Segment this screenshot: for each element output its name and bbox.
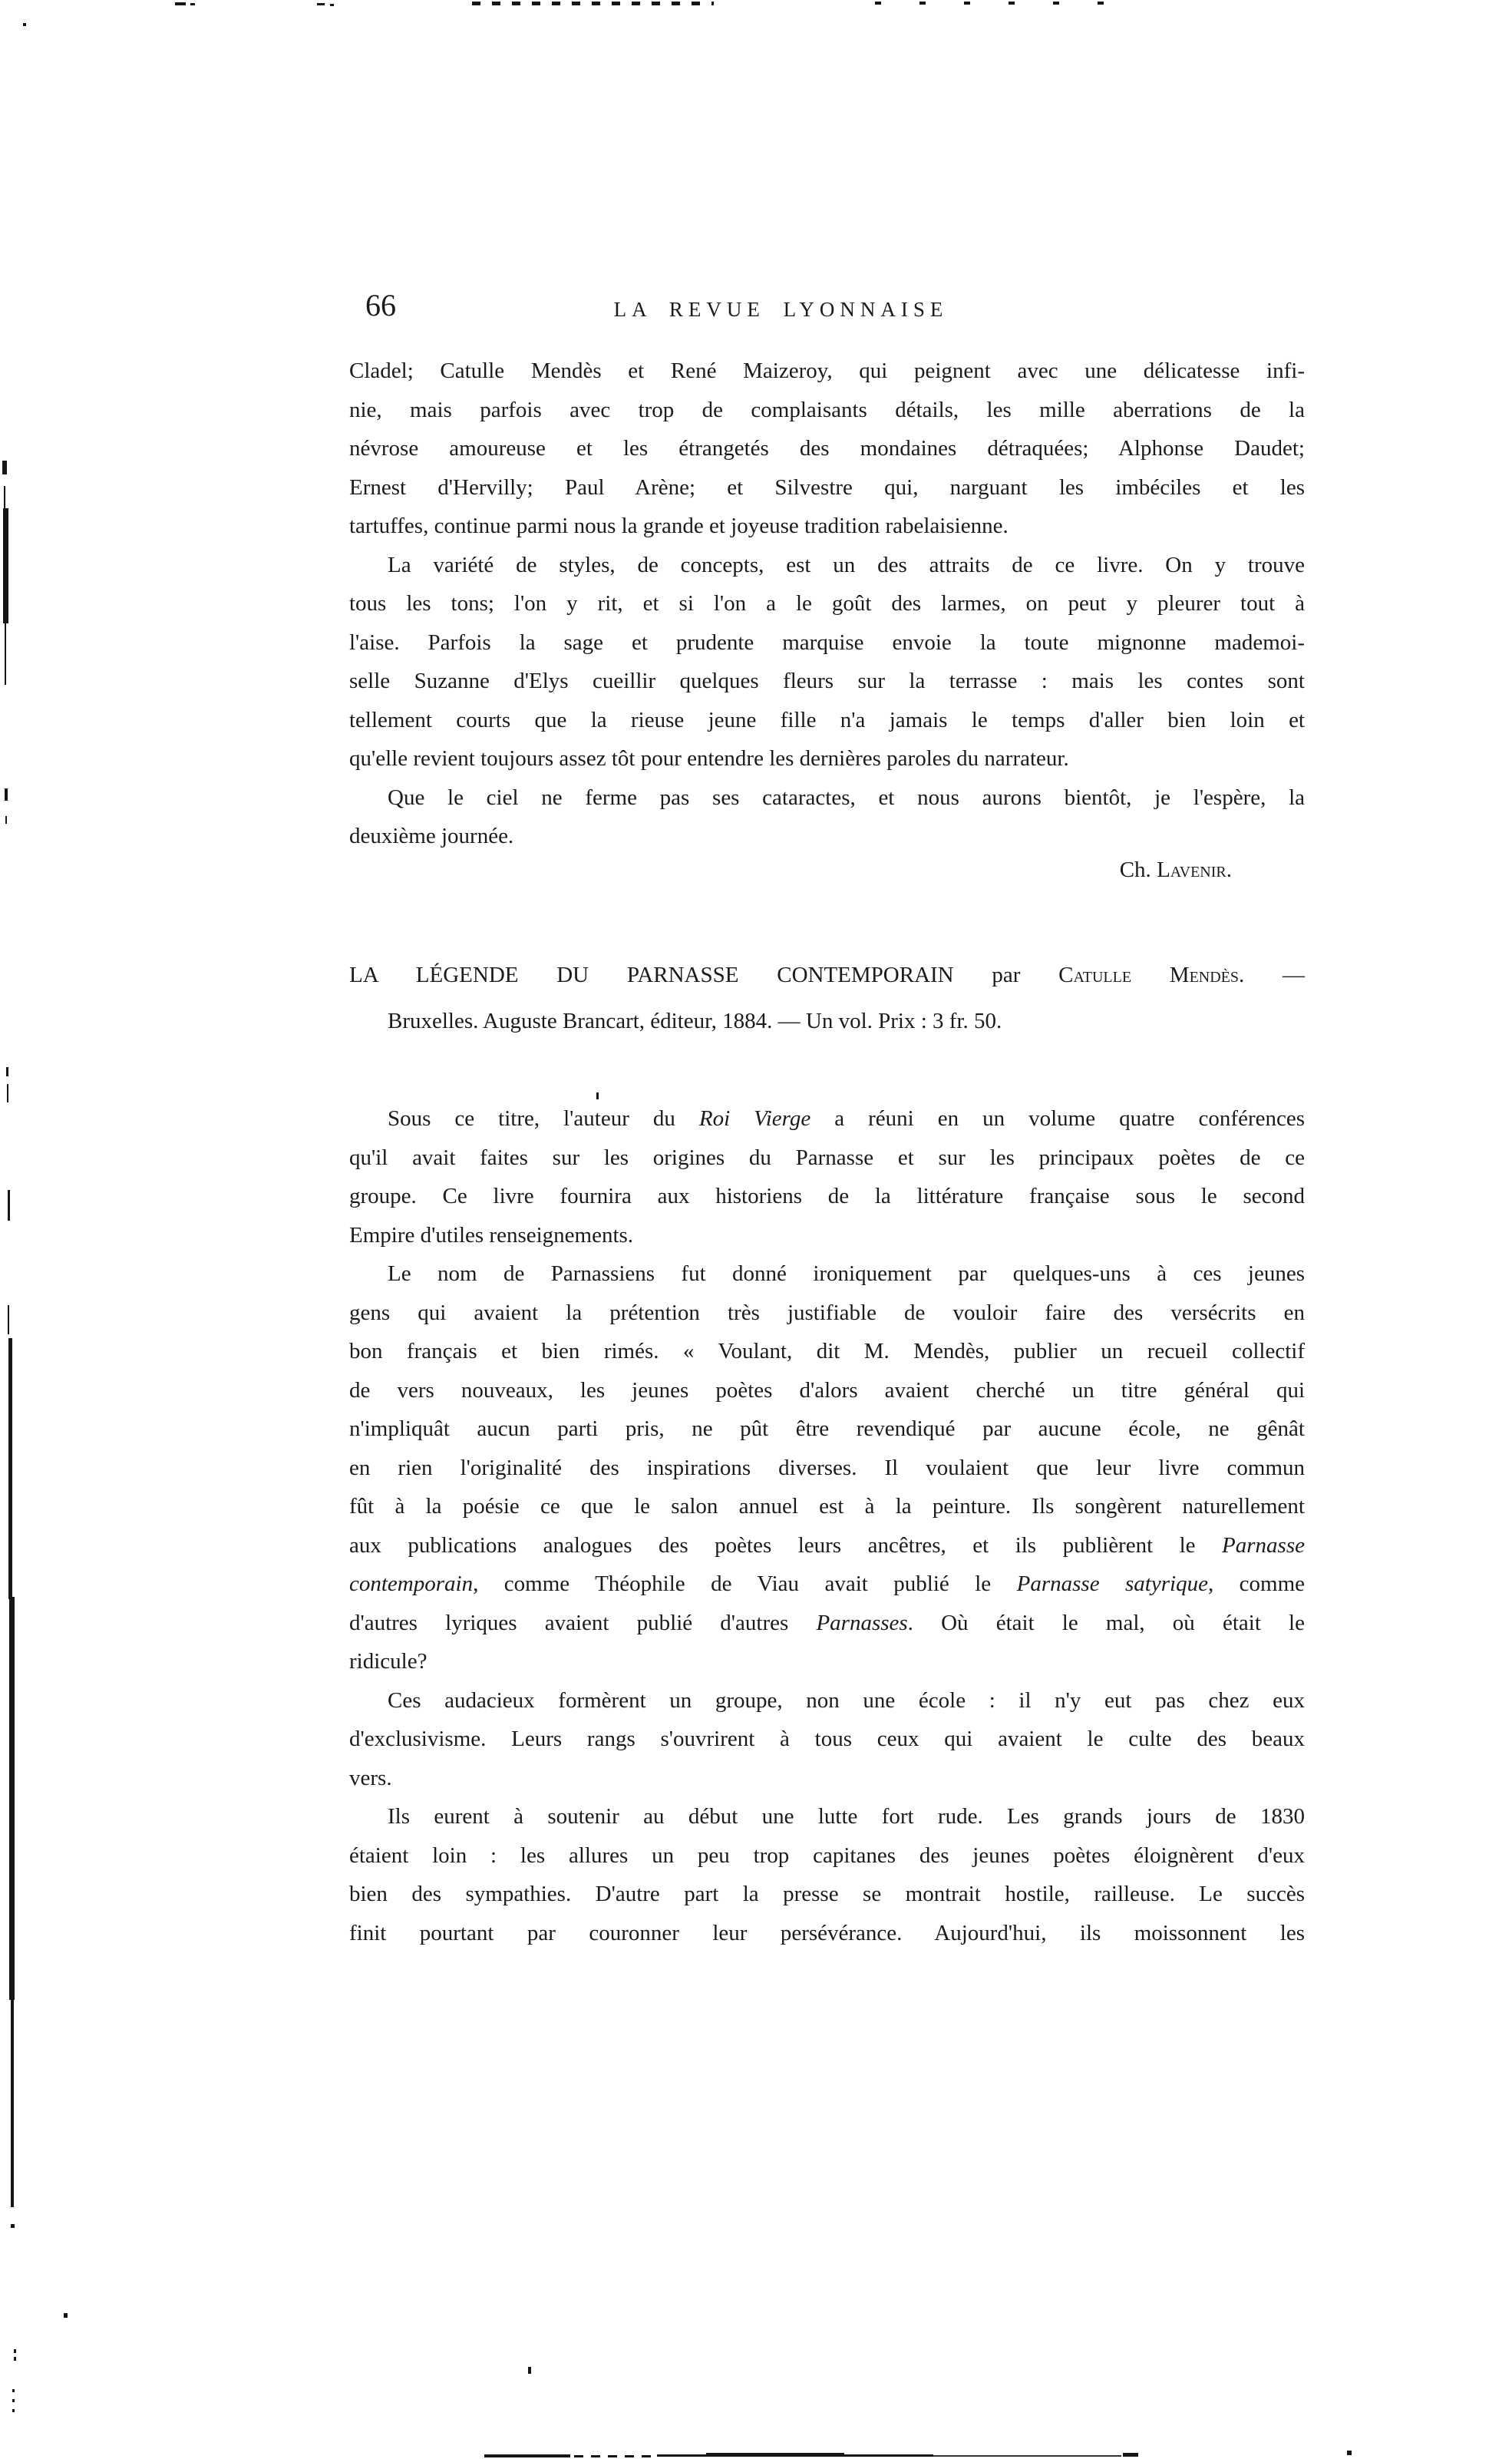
scan-artifact xyxy=(8,1305,9,1334)
text-line: vers. xyxy=(349,1759,1305,1798)
text-line: bon français et bien rimés. « Voulant, d… xyxy=(349,1332,1305,1371)
review-body: Sous ce titre, l'auteur du Roi Vierge a … xyxy=(349,1099,1305,1952)
scan-artifact xyxy=(8,1338,12,1599)
review-heading: LA LÉGENDE DU PARNASSE CONTEMPORAIN par … xyxy=(349,952,1305,1044)
scan-artifact xyxy=(2,461,7,474)
scan-artifact xyxy=(472,2,714,5)
scan-artifact xyxy=(330,4,334,6)
book-page: 66 LA REVUE LYONNAISE Cladel; Catulle Me… xyxy=(0,0,1512,2459)
text-line: Ernest d'Hervilly; Paul Arène; et Silves… xyxy=(349,468,1305,507)
text-line: Cladel; Catulle Mendès et René Maizeroy,… xyxy=(349,352,1305,391)
scan-artifact xyxy=(317,3,325,5)
text-line: aux publications analogues des poètes le… xyxy=(349,1526,1305,1565)
text-line: tous les tons; l'on y rit, et si l'on a … xyxy=(349,584,1305,623)
text-line: fût à la poésie ce que le salon annuel e… xyxy=(349,1487,1305,1526)
scan-artifact xyxy=(528,2367,531,2374)
reviewer-signature: Ch. Lavenir. xyxy=(349,851,1305,890)
scan-artifact xyxy=(8,1190,10,1221)
text-line: tellement courts que la rieuse jeune fil… xyxy=(349,701,1305,740)
text-line: Ces audacieux formèrent un groupe, non u… xyxy=(349,1681,1305,1720)
text-line: de vers nouveaux, les jeunes poètes d'al… xyxy=(349,1371,1305,1410)
text-line: groupe. Ce livre fournira aux historiens… xyxy=(349,1177,1305,1216)
text-line: n'impliquât aucun parti pris, ne pût êtr… xyxy=(349,1410,1305,1449)
scan-artifact xyxy=(11,2224,15,2228)
scan-artifact xyxy=(12,2409,15,2412)
text-line: Ils eurent à soutenir au début une lutte… xyxy=(349,1797,1305,1836)
scan-artifact xyxy=(933,2455,1121,2457)
scan-artifact xyxy=(484,2454,570,2457)
text-line: d'exclusivisme. Leurs rangs s'ouvrirent … xyxy=(349,1720,1305,1759)
scan-artifact xyxy=(1123,2453,1138,2457)
text-line: Bruxelles. Auguste Brancart, éditeur, 18… xyxy=(349,998,1305,1044)
text-line: tartuffes, continue parmi nous la grande… xyxy=(349,507,1305,546)
text-line: selle Suzanne d'Elys cueillir quelques f… xyxy=(349,662,1305,701)
scan-artifact xyxy=(596,1092,599,1099)
scan-artifact xyxy=(11,2000,14,2207)
scan-artifact xyxy=(190,3,195,5)
text-line: en rien l'originalité des inspirations d… xyxy=(349,1449,1305,1488)
text-line: LA LÉGENDE DU PARNASSE CONTEMPORAIN par … xyxy=(349,952,1305,998)
previous-review-conclusion: Cladel; Catulle Mendès et René Maizeroy,… xyxy=(349,352,1305,856)
text-line: Que le ciel ne ferme pas ses cataractes,… xyxy=(349,778,1305,818)
text-line: La variété de styles, de concepts, est u… xyxy=(349,546,1305,585)
scan-artifact xyxy=(875,2,1121,5)
scan-artifact xyxy=(5,788,8,801)
running-header: LA REVUE LYONNAISE xyxy=(303,298,1259,322)
text-line: qu'elle revient toujours assez tôt pour … xyxy=(349,739,1305,778)
scan-artifact xyxy=(12,2389,15,2392)
text-line: Sous ce titre, l'auteur du Roi Vierge a … xyxy=(349,1099,1305,1139)
scan-artifact xyxy=(23,23,26,26)
text-line: nie, mais parfois avec trop de complaisa… xyxy=(349,391,1305,430)
text-line: d'autres lyriques avaient publié d'autre… xyxy=(349,1604,1305,1643)
text-line: Ch. Lavenir. xyxy=(349,851,1305,890)
scan-artifact xyxy=(9,1597,15,2000)
text-line: bien des sympathies. D'autre part la pre… xyxy=(349,1875,1305,1914)
text-line: finit pourtant par couronner leur persév… xyxy=(349,1914,1305,1953)
text-line: qu'il avait faites sur les origines du P… xyxy=(349,1139,1305,1178)
scan-artifact xyxy=(706,2453,844,2457)
scan-artifact xyxy=(7,1084,8,1102)
scan-artifact xyxy=(3,508,8,623)
text-line: l'aise. Parfois la sage et prudente marq… xyxy=(349,623,1305,663)
scan-artifact xyxy=(175,2,186,5)
text-line: deuxième journée. xyxy=(349,817,1305,856)
text-line: contemporain, comme Théophile de Viau av… xyxy=(349,1565,1305,1604)
scan-artifact xyxy=(1347,2451,1352,2455)
text-line: étaient loin : les allures un peu trop c… xyxy=(349,1836,1305,1876)
text-line: névrose amoureuse et les étrangetés des … xyxy=(349,429,1305,468)
scan-artifact xyxy=(5,623,6,685)
text-line: Le nom de Parnassiens fut donné ironique… xyxy=(349,1254,1305,1294)
text-line: gens qui avaient la prétention très just… xyxy=(349,1294,1305,1333)
scan-artifact xyxy=(5,816,7,824)
text-line: Empire d'utiles renseignements. xyxy=(349,1216,1305,1255)
scan-artifact xyxy=(12,2399,15,2402)
scan-artifact xyxy=(14,2349,16,2353)
scan-artifact xyxy=(574,2455,659,2457)
scan-artifact xyxy=(6,1067,8,1076)
scan-artifact xyxy=(14,2357,16,2361)
scan-artifact xyxy=(64,2313,68,2318)
text-line: ridicule? xyxy=(349,1642,1305,1681)
